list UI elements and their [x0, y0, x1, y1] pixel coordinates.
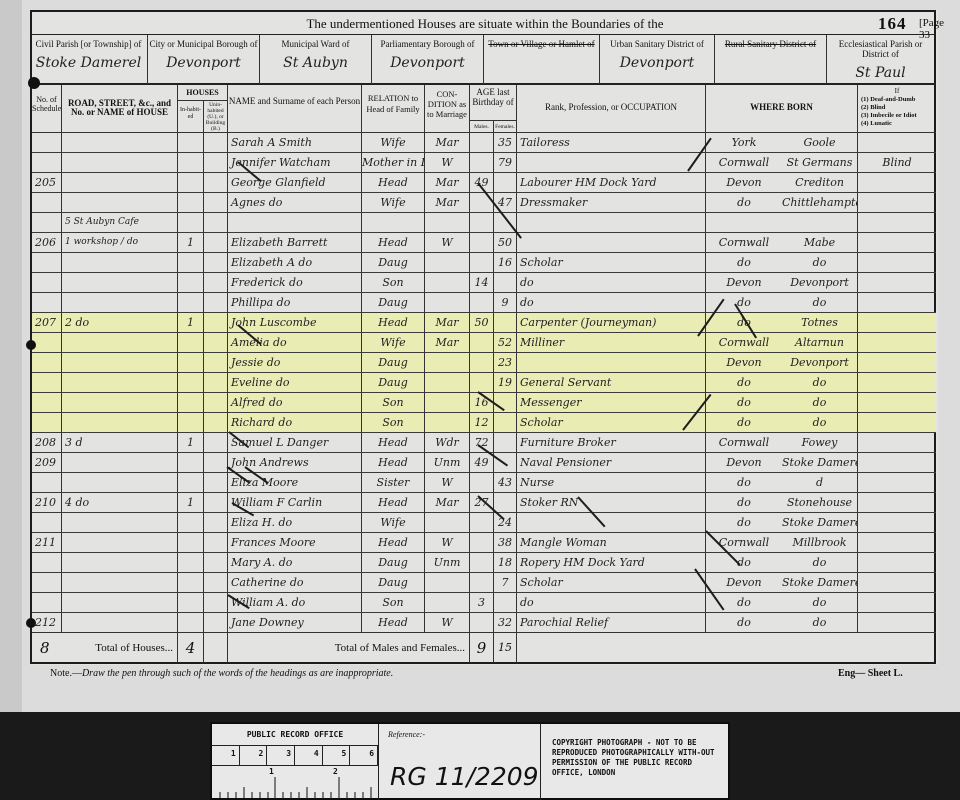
cell-condition: Mar [425, 493, 470, 512]
cell-infirmity [858, 593, 936, 612]
scale-number: 6 [350, 745, 378, 765]
cell-schedule [32, 593, 62, 612]
header-uninhabited: Unin-habited (U.), or Building (B.) [204, 101, 228, 133]
cell-name: Alfred do [228, 393, 362, 412]
table-row: Phillipa doDaug9dododo [32, 293, 936, 313]
cell-relation: Daug [362, 573, 425, 592]
cell-uninhabited [204, 353, 228, 372]
cell-uninhabited [204, 513, 228, 532]
cell-female-age: 35 [494, 133, 517, 152]
cell-relation: Wife [362, 333, 425, 352]
cell-occupation: Nurse [517, 473, 706, 492]
archive-label: PUBLIC RECORD OFFICE 1 2 3 4 5 6 1 2 Ref… [210, 722, 730, 800]
cell-relation: Daug [362, 353, 425, 372]
ink-blot [28, 77, 40, 89]
header-females: Females. [494, 121, 517, 133]
cell-name: Eliza H. do [228, 513, 362, 532]
cell-born-county: Devon [706, 273, 782, 292]
cell-name: Agnes do [228, 193, 362, 212]
cell-inhabited [178, 153, 204, 172]
boundary-town-village: Town or Village or Hamlet of [484, 35, 600, 84]
cell-uninhabited [204, 333, 228, 352]
header-road: ROAD, STREET, &c., and No. or NAME of HO… [62, 85, 178, 133]
cell-inhabited [178, 273, 204, 292]
header-label: (3) Imbecile or Idiot [858, 112, 936, 120]
total-houses-cell: 4 [178, 633, 204, 663]
cell-relation [362, 213, 425, 232]
cell-born-county: do [706, 253, 782, 272]
cell-condition: W [425, 613, 470, 632]
cell-road [62, 593, 178, 612]
cell-inhabited [178, 253, 204, 272]
cell-born-place: Devonport [782, 353, 858, 372]
boundary-label: Municipal Ward of [260, 39, 371, 49]
pro-box: PUBLIC RECORD OFFICE 1 2 3 4 5 6 1 2 [212, 724, 379, 800]
cell-born-place: Devonport [782, 273, 858, 292]
cell-born-place: Altarnun [782, 333, 858, 352]
cell-female-age: 19 [494, 373, 517, 392]
cell-condition [425, 513, 470, 532]
cell-born-place: Mabe [782, 233, 858, 252]
cell-born-place: Goole [782, 133, 858, 152]
total-males-value: 9 [477, 639, 487, 657]
cell-born-place: do [782, 373, 858, 392]
cell-inhabited [178, 593, 204, 612]
cell-occupation: Milliner [517, 333, 706, 352]
cell-occupation: do [517, 593, 706, 612]
cell-male-age [470, 153, 494, 172]
cell-road [62, 193, 178, 212]
cell-infirmity [858, 353, 936, 372]
header-name: NAME and Surname of each Person [228, 85, 362, 133]
cell-inhabited [178, 413, 204, 432]
cell-schedule [32, 213, 62, 232]
cell-relation: Head [362, 433, 425, 452]
cell-male-age [470, 193, 494, 212]
cell-inhabited [178, 173, 204, 192]
cell-male-age [470, 333, 494, 352]
boundary-value: Devonport [600, 55, 714, 71]
cell-male-age [470, 513, 494, 532]
cell-infirmity [858, 473, 936, 492]
cell-condition [425, 353, 470, 372]
footer-note: Note.—Draw the pen through such of the w… [50, 668, 393, 679]
boundary-label: Rural Sanitary District of [715, 39, 826, 49]
cell-schedule: 207 [32, 313, 62, 332]
table-row: Elizabeth A doDaug16Scholardodo [32, 253, 936, 273]
cell-relation: Son [362, 273, 425, 292]
cell-occupation: General Servant [517, 373, 706, 392]
cell-male-age [470, 233, 494, 252]
cell-infirmity [858, 273, 936, 292]
cell-condition: Unm [425, 553, 470, 572]
cell-uninhabited [204, 193, 228, 212]
sheet-number: 164 [878, 14, 907, 34]
header-label: If [858, 87, 936, 96]
cell-infirmity [858, 313, 936, 332]
cell-road: 2 do [62, 313, 178, 332]
cell-condition: W [425, 533, 470, 552]
table-row: Catherine doDaug7ScholarDevonStoke Damer… [32, 573, 936, 593]
cell-uninhabited [204, 373, 228, 392]
cell-name [228, 213, 362, 232]
cell-male-age [470, 473, 494, 492]
cell-schedule [32, 273, 62, 292]
cell-male-age: 49 [470, 453, 494, 472]
cell-infirmity [858, 133, 936, 152]
cell-name: Elizabeth A do [228, 253, 362, 272]
cell-name: Catherine do [228, 573, 362, 592]
cell-condition: Unm [425, 453, 470, 472]
cell-female-age [494, 173, 517, 192]
cell-born-place: St Germans [782, 153, 858, 172]
cell-born-county: Cornwall [706, 433, 782, 452]
cell-born-county: Cornwall [706, 153, 782, 172]
cell-infirmity [858, 573, 936, 592]
cell-condition: W [425, 233, 470, 252]
cell-schedule [32, 513, 62, 532]
table-row: 2061 workshop / do1Elizabeth BarrettHead… [32, 233, 936, 253]
table-row: Jessie doDaug23DevonDevonport [32, 353, 936, 373]
cell-occupation: Carpenter (Journeyman) [517, 313, 706, 332]
cell-road: 1 workshop / do [62, 233, 178, 252]
cell-infirmity [858, 333, 936, 352]
cell-uninhabited [204, 273, 228, 292]
cell-road [62, 513, 178, 532]
cell-occupation [517, 353, 706, 372]
cell-female-age: 43 [494, 473, 517, 492]
header-label: (2) Blind [858, 104, 936, 112]
cell-road [62, 413, 178, 432]
cell-inhabited [178, 513, 204, 532]
cell-born-place: do [782, 553, 858, 572]
cell-uninhabited [204, 233, 228, 252]
cell-inhabited [178, 553, 204, 572]
cell-road [62, 173, 178, 192]
totals-houses-cell: 8 Total of Houses... [32, 633, 178, 663]
ruler-mark: 2 [333, 767, 338, 776]
header-age: AGE last Birthday of [470, 85, 517, 121]
boundary-urban-sanitary: Urban Sanitary District of Devonport [600, 35, 715, 84]
cell-born-place: Crediton [782, 173, 858, 192]
cell-inhabited [178, 373, 204, 392]
cell-born-county: Cornwall [706, 333, 782, 352]
cell-born-place: do [782, 613, 858, 632]
cell-male-age: 3 [470, 593, 494, 612]
ink-blot [26, 340, 36, 350]
cell-inhabited: 1 [178, 233, 204, 252]
cell-relation: Daug [362, 553, 425, 572]
cell-female-age: 23 [494, 353, 517, 372]
cell-occupation: do [517, 273, 706, 292]
header-relation: RELATION to Head of Family [362, 85, 425, 133]
cell-road [62, 453, 178, 472]
cell-born-county: Cornwall [706, 233, 782, 252]
cell-male-age [470, 373, 494, 392]
header-label: Males. [470, 121, 493, 133]
cell-infirmity [858, 193, 936, 212]
cell-born-county: do [706, 193, 782, 212]
cell-born-place: Stoke Damerel [782, 513, 858, 532]
cell-uninhabited [204, 573, 228, 592]
cell-road [62, 153, 178, 172]
cell-occupation [517, 213, 706, 232]
cell-condition: Mar [425, 333, 470, 352]
cell-road: 5 St Aubyn Cafe [62, 213, 178, 232]
cell-schedule [32, 393, 62, 412]
cell-relation: Head [362, 453, 425, 472]
cell-uninhabited [204, 313, 228, 332]
cell-occupation: Tailoress [517, 133, 706, 152]
cell-inhabited [178, 573, 204, 592]
cell-relation: Daug [362, 373, 425, 392]
cell-occupation: Stoker RN [517, 493, 706, 512]
cell-born-place: do [782, 413, 858, 432]
cell-born-county: do [706, 413, 782, 432]
boundary-label: Urban Sanitary District of [600, 39, 714, 49]
cell-name: George Glanfield [228, 173, 362, 192]
table-row: Eliza H. doWife24doStoke Damerel [32, 513, 936, 533]
header-inhabited: In-habit-ed [178, 101, 204, 133]
cell-occupation: Furniture Broker [517, 433, 706, 452]
cell-name: William F Carlin [228, 493, 362, 512]
cell-road [62, 473, 178, 492]
scale-number: 4 [295, 745, 323, 765]
cell-male-age [470, 133, 494, 152]
cell-inhabited [178, 613, 204, 632]
header-males: Males. [470, 121, 494, 133]
cell-relation: Son [362, 393, 425, 412]
cell-male-age [470, 553, 494, 572]
cell-male-age [470, 613, 494, 632]
cell-occupation: Scholar [517, 413, 706, 432]
cell-born-county: Devon [706, 453, 782, 472]
cell-relation: Mother in Law [362, 153, 425, 172]
cell-uninhabited [204, 173, 228, 192]
cell-male-age: 12 [470, 413, 494, 432]
copyright-notice: COPYRIGHT PHOTOGRAPH - NOT TO BE REPRODU… [552, 738, 724, 778]
cell-occupation [517, 513, 706, 532]
cell-relation: Head [362, 613, 425, 632]
boundary-value: Devonport [372, 55, 483, 71]
cell-condition [425, 393, 470, 412]
header-label: (4) Lunatic [858, 120, 936, 128]
table-row: Jennifer WatchamMother in LawW79Cornwall… [32, 153, 936, 173]
header-houses: HOUSES [178, 85, 228, 101]
header-condition: CON-DITION as to Marriage [425, 85, 470, 133]
note-prefix: Note.— [50, 668, 82, 679]
cell-female-age: 16 [494, 253, 517, 272]
cell-male-age [470, 213, 494, 232]
cell-occupation [517, 233, 706, 252]
scanned-page: The undermentioned Houses are situate wi… [0, 0, 960, 712]
cell-condition: Mar [425, 193, 470, 212]
cell-female-age [494, 393, 517, 412]
cell-uninhabited [204, 473, 228, 492]
cell-born-place: Stoke Damerel [782, 453, 858, 472]
table-row: Eveline doDaug19General Servantdodo [32, 373, 936, 393]
cell-name: John Luscombe [228, 313, 362, 332]
boundary-label: Town or Village or Hamlet of [484, 39, 599, 49]
cell-relation: Wife [362, 513, 425, 532]
cell-female-age: 32 [494, 613, 517, 632]
total-males-cell: 9 [470, 633, 494, 663]
cell-condition: W [425, 153, 470, 172]
boundary-municipal-ward: Municipal Ward of St Aubyn [260, 35, 372, 84]
cell-relation: Head [362, 533, 425, 552]
cell-uninhabited [204, 413, 228, 432]
cell-female-age: 7 [494, 573, 517, 592]
cell-name: Elizabeth Barrett [228, 233, 362, 252]
cell-schedule: 208 [32, 433, 62, 452]
cell-condition: W [425, 473, 470, 492]
boundary-label: Ecclesiastical Parish or District of [827, 39, 934, 59]
cell-male-age [470, 533, 494, 552]
cell-schedule [32, 193, 62, 212]
cell-female-age [494, 593, 517, 612]
cell-female-age: 38 [494, 533, 517, 552]
note-text: Draw the pen through such of the words o… [82, 668, 393, 679]
cell-road [62, 293, 178, 312]
cell-occupation: Ropery HM Dock Yard [517, 553, 706, 572]
table-row: William A. doSon3dododo [32, 593, 936, 613]
cell-schedule [32, 553, 62, 572]
cell-road [62, 273, 178, 292]
table-row: 212Jane DowneyHeadW32Parochial Reliefdod… [32, 613, 936, 633]
total-uninhabited-cell [204, 633, 228, 663]
cell-schedule [32, 413, 62, 432]
cell-uninhabited [204, 593, 228, 612]
reference-box: Reference:- RG 11/2209 [380, 724, 541, 800]
cell-name: Jessie do [228, 353, 362, 372]
cell-schedule: 211 [32, 533, 62, 552]
table-row: Mary A. doDaugUnm18Ropery HM Dock Yarddo… [32, 553, 936, 573]
cell-name: Richard do [228, 413, 362, 432]
cell-born-county: do [706, 473, 782, 492]
header-label: ROAD, STREET, &c., and No. or NAME of HO… [62, 99, 177, 117]
cell-female-age [494, 273, 517, 292]
cell-occupation: Mangle Woman [517, 533, 706, 552]
cell-relation: Head [362, 313, 425, 332]
cell-born-place [782, 213, 858, 232]
cell-road [62, 393, 178, 412]
cell-condition [425, 293, 470, 312]
cell-born-place: do [782, 593, 858, 612]
cell-road [62, 333, 178, 352]
cell-female-age [494, 313, 517, 332]
cell-female-age: 18 [494, 553, 517, 572]
cell-inhabited [178, 393, 204, 412]
cell-infirmity [858, 553, 936, 572]
table-row: Sarah A SmithWifeMar35TailoressYorkGoole [32, 133, 936, 153]
cell-occupation: Scholar [517, 573, 706, 592]
cell-road [62, 553, 178, 572]
header-label: CON-DITION as to Marriage [425, 89, 469, 119]
cell-name: Mary A. do [228, 553, 362, 572]
scale-number: 2 [240, 745, 268, 765]
cell-uninhabited [204, 213, 228, 232]
cell-inhabited [178, 193, 204, 212]
cell-born-county: do [706, 373, 782, 392]
cell-schedule [32, 133, 62, 152]
cell-infirmity [858, 293, 936, 312]
table-row: Agnes doWifeMar47DressmakerdoChittlehamp… [32, 193, 936, 213]
cell-name: Samuel L Danger [228, 433, 362, 452]
cell-born-place: do [782, 393, 858, 412]
table-row: 2072 do1John LuscombeHeadMar50Carpenter … [32, 313, 936, 333]
cell-occupation: Labourer HM Dock Yard [517, 173, 706, 192]
cell-born-county: York [706, 133, 782, 152]
cell-inhabited [178, 473, 204, 492]
header-label: (1) Deaf-and-Dumb [858, 96, 936, 104]
cell-born-county [706, 213, 782, 232]
cell-road [62, 373, 178, 392]
cell-infirmity [858, 393, 936, 412]
cell-road [62, 133, 178, 152]
cell-name: Frances Moore [228, 533, 362, 552]
reference-label: Reference:- [388, 730, 425, 739]
cell-name: Phillipa do [228, 293, 362, 312]
cell-name: Eveline do [228, 373, 362, 392]
boundary-label: Civil Parish [or Township] of [30, 39, 147, 49]
cell-infirmity [858, 493, 936, 512]
cell-male-age: 14 [470, 273, 494, 292]
cell-uninhabited [204, 393, 228, 412]
cell-born-place: Millbrook [782, 533, 858, 552]
cell-road: 4 do [62, 493, 178, 512]
cell-schedule [32, 573, 62, 592]
boundary-parliamentary-borough: Parliamentary Borough of Devonport [372, 35, 484, 84]
cell-female-age: 52 [494, 333, 517, 352]
header-occupation: Rank, Profession, or OCCUPATION [517, 85, 706, 133]
cell-uninhabited [204, 613, 228, 632]
cell-occupation: Scholar [517, 253, 706, 272]
boundary-value: St Aubyn [260, 55, 371, 71]
cell-born-county: Devon [706, 173, 782, 192]
table-row: Richard doSon12Scholardodo [32, 413, 936, 433]
cell-schedule [32, 293, 62, 312]
cell-road [62, 253, 178, 272]
cell-born-place: Stoke Damerel [782, 573, 858, 592]
total-females-cell: 15 [494, 633, 517, 663]
boundary-municipal-borough: City or Municipal Borough of Devonport [148, 35, 260, 84]
cell-uninhabited [204, 133, 228, 152]
cell-inhabited: 1 [178, 433, 204, 452]
boundary-label: Parliamentary Borough of [372, 39, 483, 49]
cell-born-county: do [706, 493, 782, 512]
cell-inhabited: 1 [178, 493, 204, 512]
cell-inhabited [178, 333, 204, 352]
cell-female-age: 9 [494, 293, 517, 312]
header-where-born: WHERE BORN [706, 85, 858, 133]
cell-born-county: do [706, 393, 782, 412]
cell-schedule [32, 473, 62, 492]
cell-infirmity [858, 373, 936, 392]
cell-occupation: Dressmaker [517, 193, 706, 212]
cell-born-county: Devon [706, 353, 782, 372]
table-row: 211Frances MooreHeadW38Mangle WomanCornw… [32, 533, 936, 553]
cell-condition [425, 573, 470, 592]
header-label: RELATION to Head of Family [362, 93, 424, 115]
header-label: NAME and Surname of each Person [228, 97, 361, 106]
cell-born-place: Totnes [782, 313, 858, 332]
table-row: Eliza MooreSisterW43Nursedod [32, 473, 936, 493]
cell-uninhabited [204, 453, 228, 472]
cell-condition [425, 213, 470, 232]
cell-schedule [32, 333, 62, 352]
cell-female-age [494, 433, 517, 452]
scale-number: 5 [323, 745, 351, 765]
